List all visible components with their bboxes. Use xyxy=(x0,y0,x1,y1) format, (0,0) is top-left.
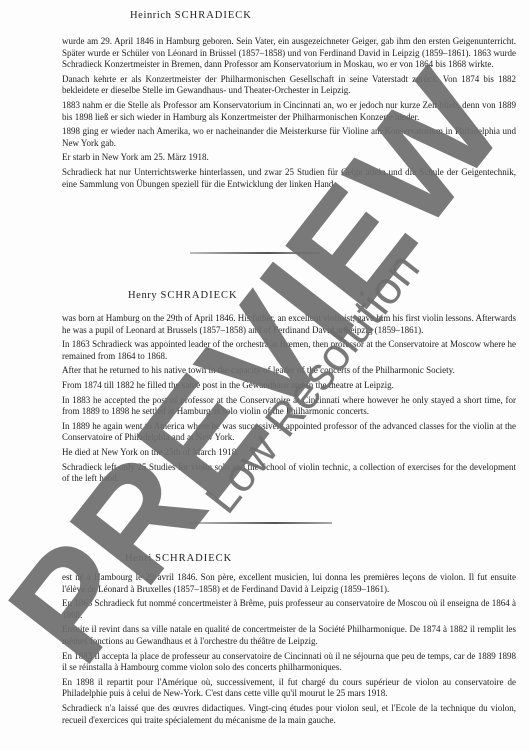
section-divider xyxy=(190,522,332,524)
english-section: was born at Hamburg on the 29th of April… xyxy=(62,313,516,488)
german-paragraph: Schradieck hat nur Unterrichtswerke hint… xyxy=(62,167,516,190)
french-section: est né à Hambourg le 29 avril 1846. Son … xyxy=(62,572,516,729)
french-paragraph: En 1863 Schradieck fut nommé concertmeis… xyxy=(62,598,516,621)
english-paragraph: In 1889 he again went to America where h… xyxy=(62,421,516,444)
english-heading: Henry SCHRADIECK xyxy=(128,290,238,301)
english-paragraph: In 1863 Schradieck was appointed leader … xyxy=(62,339,516,362)
section-divider xyxy=(190,252,320,254)
french-heading: Henri SCHRADIECK xyxy=(125,553,232,564)
english-heading-first: Henry xyxy=(128,290,157,301)
english-heading-last: SCHRADIECK xyxy=(160,290,237,301)
document-page: Heinrich SCHRADIECK wurde am 29. April 1… xyxy=(0,0,530,750)
french-paragraph: est né à Hambourg le 29 avril 1846. Son … xyxy=(62,572,516,595)
german-paragraph: wurde am 29. April 1846 in Hamburg gebor… xyxy=(62,36,516,71)
french-paragraph: Schradieck n'a laissé que des œuvres did… xyxy=(62,703,516,726)
german-heading: Heinrich SCHRADIECK xyxy=(130,10,252,21)
french-heading-first: Henri xyxy=(125,553,152,564)
german-paragraph: 1898 ging er wieder nach Amerika, wo er … xyxy=(62,126,516,149)
english-paragraph: was born at Hamburg on the 29th of April… xyxy=(62,313,516,336)
english-paragraph: After that he returned to his native tow… xyxy=(62,365,516,377)
german-section: wurde am 29. April 1846 in Hamburg gebor… xyxy=(62,36,516,193)
english-paragraph: He died at New York on the 25th of March… xyxy=(62,447,516,459)
english-paragraph: Schradieck left only 25 Studies for viol… xyxy=(62,462,516,485)
french-heading-last: SCHRADIECK xyxy=(155,553,232,564)
german-heading-last: SCHRADIECK xyxy=(175,10,252,21)
german-heading-first: Heinrich xyxy=(130,10,172,21)
german-paragraph: Danach kehrte er als Konzertmeister der … xyxy=(62,74,516,97)
english-paragraph: In 1883 he accepted the post of professo… xyxy=(62,395,516,418)
german-paragraph: Er starb in New York am 25. März 1918. xyxy=(62,152,516,164)
german-paragraph: 1883 nahm er die Stelle als Professor am… xyxy=(62,100,516,123)
french-paragraph: Ensuite il revint dans sa ville natale e… xyxy=(62,624,516,647)
french-paragraph: En 1898 il repartit pour l'Amérique où, … xyxy=(62,677,516,700)
english-paragraph: From 1874 till 1882 he filled the same p… xyxy=(62,380,516,392)
french-paragraph: En 1883 il accepta la place de professeu… xyxy=(62,651,516,674)
